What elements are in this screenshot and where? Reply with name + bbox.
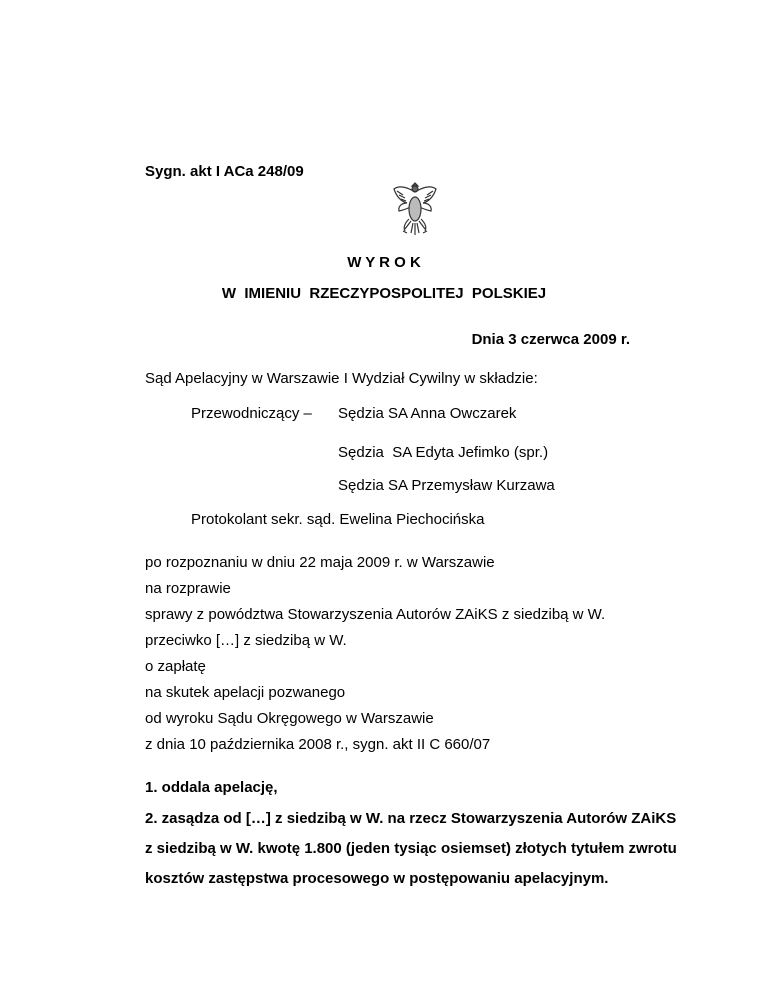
ruling-line: 2. zasądza od […] z siedzibą w W. na rze…	[145, 810, 676, 827]
judge-member: Sędzia SA Przemysław Kurzawa	[338, 477, 555, 494]
case-line: po rozpoznaniu w dniu 22 maja 2009 r. w …	[145, 554, 495, 571]
ruling-line: z siedzibą w W. kwotę 1.800 (jeden tysią…	[145, 840, 677, 857]
ruling-line: kosztów zastępstwa procesowego w postępo…	[145, 870, 608, 887]
document-subtitle: W IMIENIU RZECZYPOSPOLITEJ POLSKIEJ	[0, 285, 768, 302]
case-line: o zapłatę	[145, 658, 206, 675]
ruling-line: 1. oddala apelację,	[145, 779, 278, 796]
case-line: sprawy z powództwa Stowarzyszenia Autoró…	[145, 606, 605, 623]
polish-eagle-emblem-icon	[391, 179, 439, 239]
document-title: W Y R O K	[0, 254, 768, 271]
case-signature: Sygn. akt I ACa 248/09	[145, 163, 304, 180]
document-date: Dnia 3 czerwca 2009 r.	[472, 331, 630, 348]
judge-chair: Sędzia SA Anna Owczarek	[338, 405, 516, 422]
case-line: na rozprawie	[145, 580, 231, 597]
case-line: z dnia 10 października 2008 r., sygn. ak…	[145, 736, 490, 753]
case-line: od wyroku Sądu Okręgowego w Warszawie	[145, 710, 434, 727]
case-line: przeciwko […] z siedzibą w W.	[145, 632, 347, 649]
court-clerk: Protokolant sekr. sąd. Ewelina Piechociń…	[191, 511, 485, 528]
chair-label: Przewodniczący –	[191, 405, 312, 422]
court-composition: Sąd Apelacyjny w Warszawie I Wydział Cyw…	[145, 370, 538, 387]
case-line: na skutek apelacji pozwanego	[145, 684, 345, 701]
judge-rapporteur: Sędzia SA Edyta Jefimko (spr.)	[338, 444, 548, 461]
